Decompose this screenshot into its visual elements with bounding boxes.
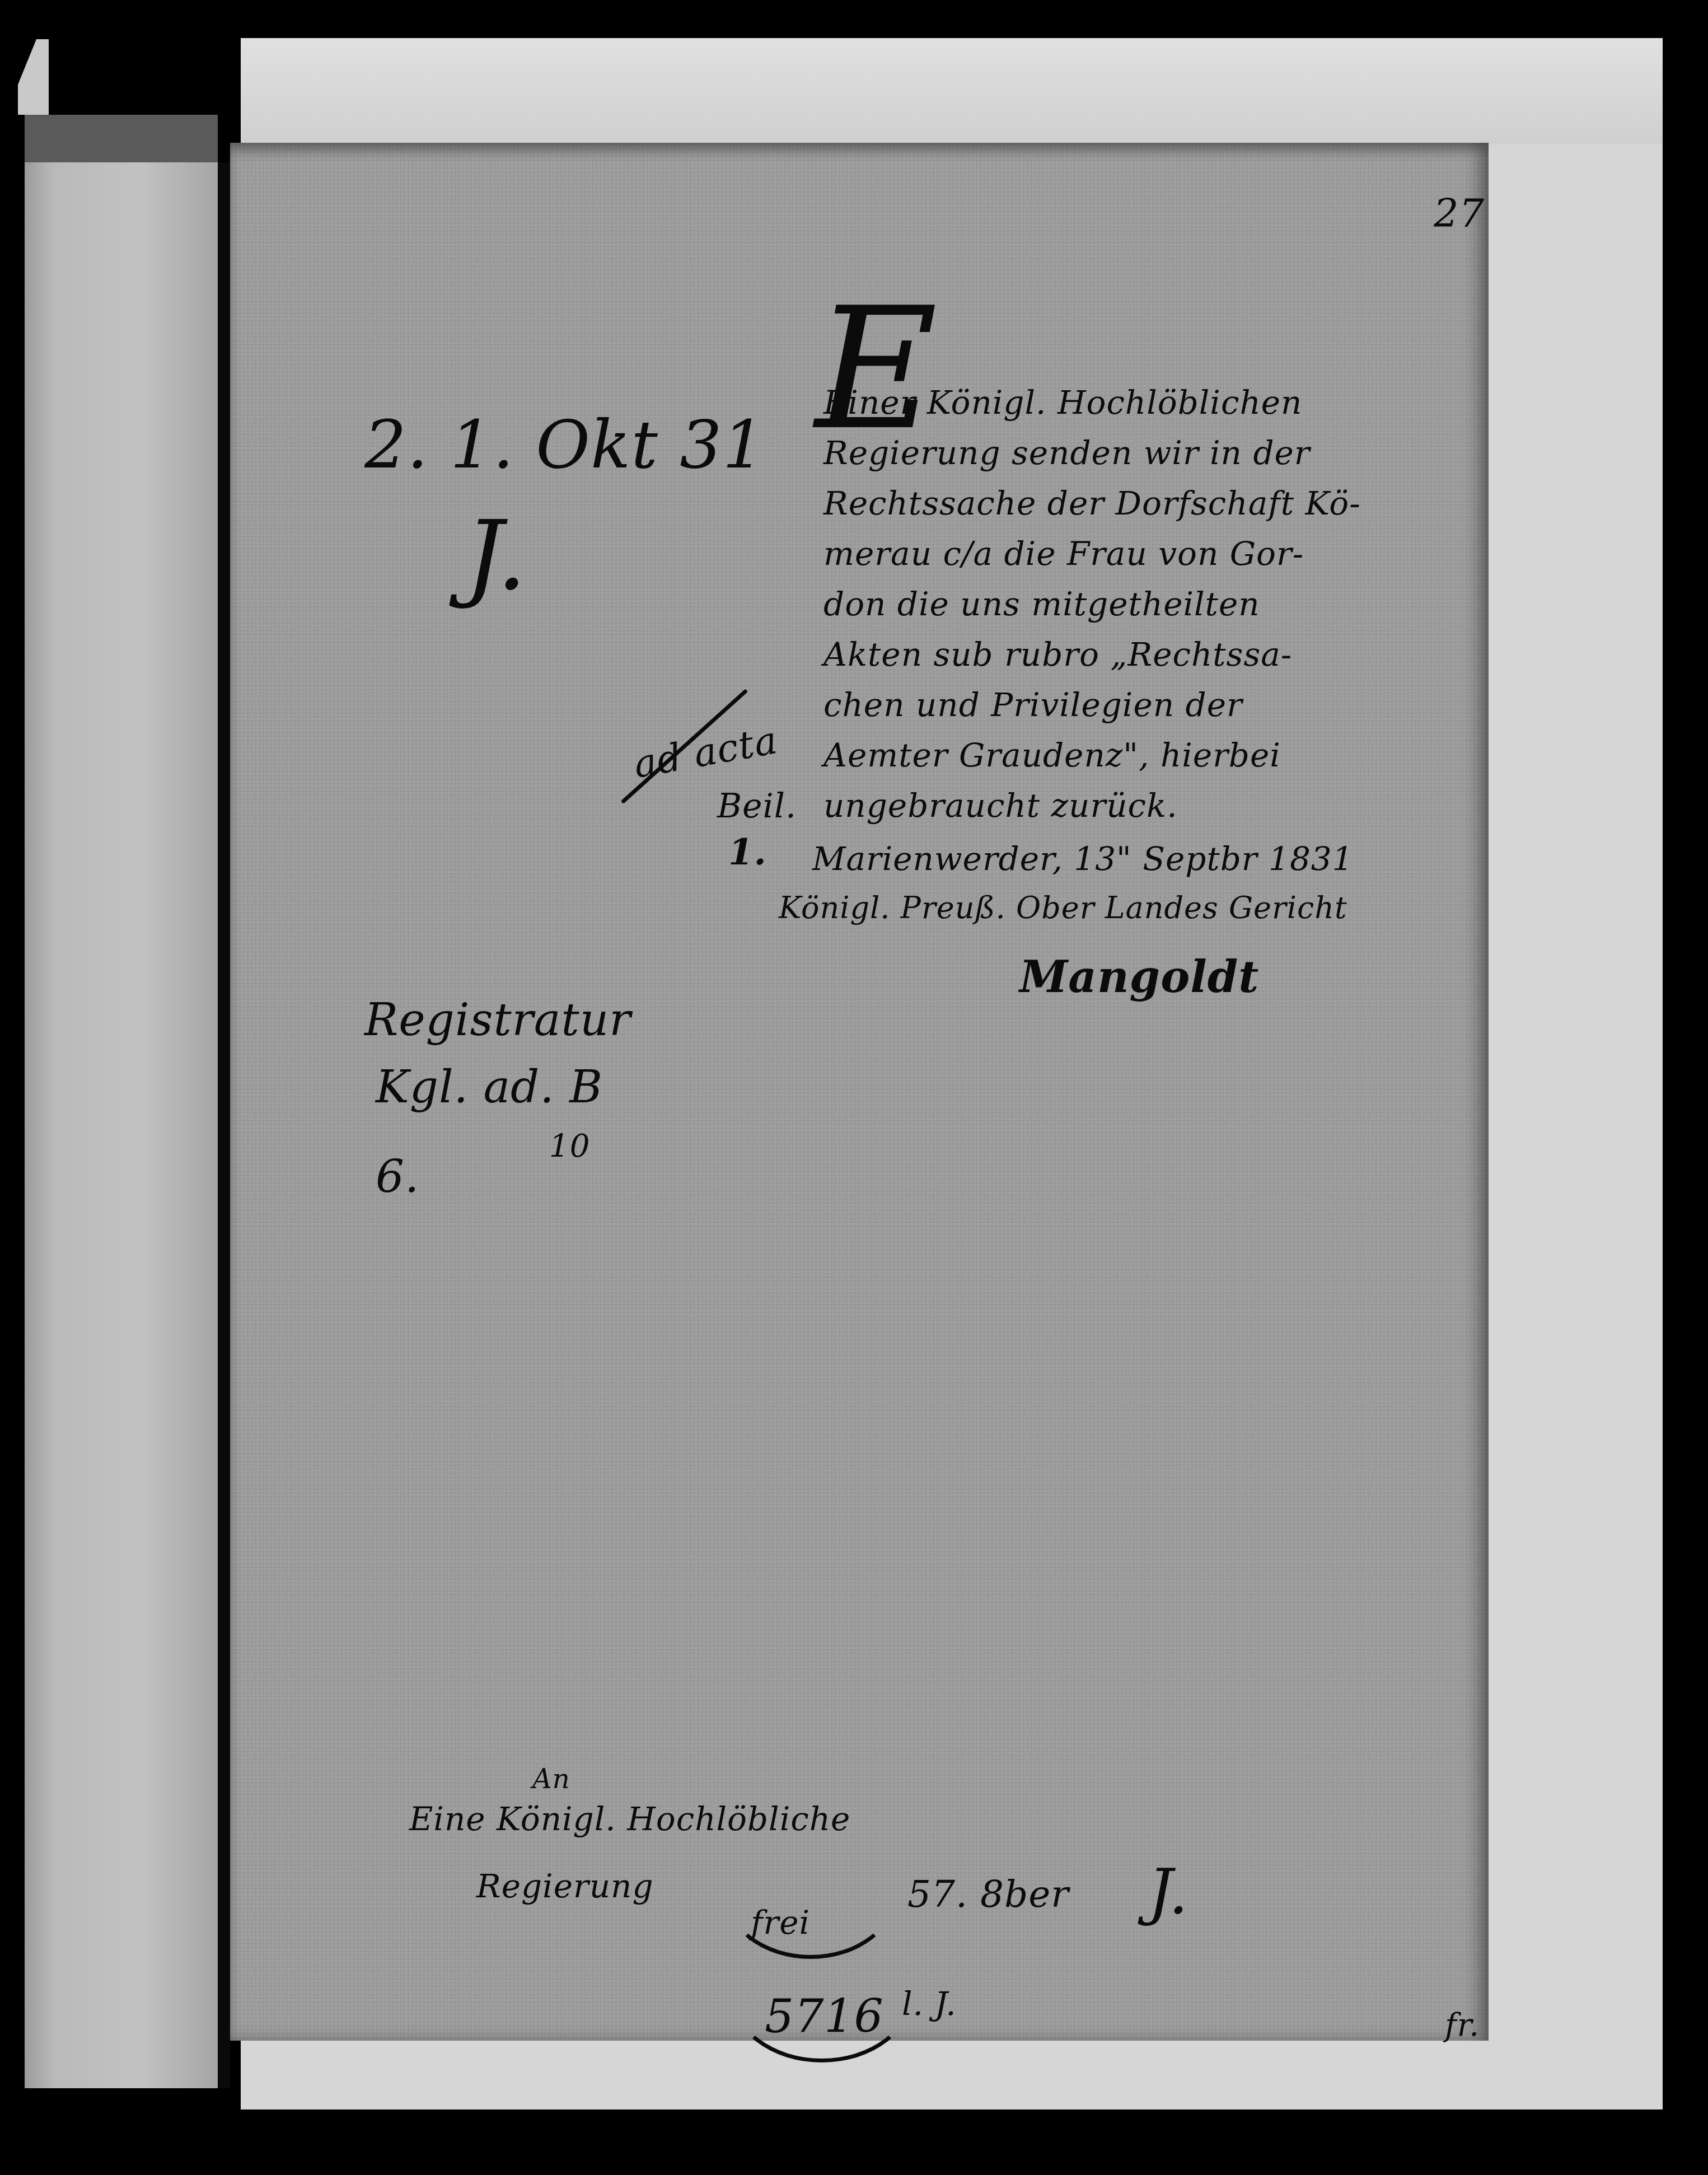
margin-enclosure-count: 1. xyxy=(728,831,767,873)
address-line-2: Regierung xyxy=(476,1867,654,1905)
letter-line-8: Aemter Graudenz", hierbei xyxy=(823,736,1281,774)
letter-line-9: ungebraucht zurück. xyxy=(823,787,1178,825)
registry-fraction: 10 xyxy=(549,1128,590,1164)
letter-signature: Mangoldt xyxy=(1019,952,1259,1003)
margin-initial: J. xyxy=(465,501,527,612)
postal-initial: J. xyxy=(1148,1856,1189,1928)
letter-line-7: chen und Privilegien der xyxy=(823,686,1243,724)
letter-line-1: Einer Königl. Hochlöblichen xyxy=(823,383,1302,422)
decorative-initial: E xyxy=(815,286,938,453)
registry-number: 6. xyxy=(376,1150,419,1203)
journal-flourish xyxy=(728,1917,915,2062)
registry-label: Registratur xyxy=(364,994,631,1046)
letter-line-2: Regierung senden wir in der xyxy=(823,434,1311,472)
corner-mark: fr. xyxy=(1445,2007,1480,2043)
letter-line-6: Akten sub rubro „Rechtssa- xyxy=(823,635,1292,673)
page-gutter xyxy=(218,162,230,2088)
binding-shadow xyxy=(25,115,218,165)
address-prefix: An xyxy=(532,1764,570,1795)
postal-number: 57. 8ber xyxy=(907,1873,1069,1916)
binding-flap xyxy=(18,39,49,115)
letter-line-5: don die uns mitgetheilten xyxy=(823,585,1260,623)
binding-strip xyxy=(25,162,218,2088)
margin-received-date: 2. 1. Okt 31 xyxy=(364,406,765,483)
cover-top-edge xyxy=(241,38,1663,144)
letter-place-date: Marienwerder, 13" Septbr 1831 xyxy=(812,840,1354,878)
document-scan: 27 2. 1. Okt 31 J. ad acta Beil. 1. Regi… xyxy=(0,0,1708,2175)
letter-line-4: merau c/a die Frau von Gor- xyxy=(823,535,1304,573)
folio-number: 27 xyxy=(1434,190,1485,236)
letter-page: 27 2. 1. Okt 31 J. ad acta Beil. 1. Regi… xyxy=(230,143,1489,2041)
registry-reference: Kgl. ad. B xyxy=(376,1061,603,1113)
letter-line-3: Rechtssache der Dorfschaft Kö- xyxy=(823,484,1361,522)
letter-sender: Königl. Preuß. Ober Landes Gericht xyxy=(779,890,1347,925)
margin-enclosure: Beil. xyxy=(717,787,797,826)
journal-suffix: l. J. xyxy=(902,1985,957,2023)
